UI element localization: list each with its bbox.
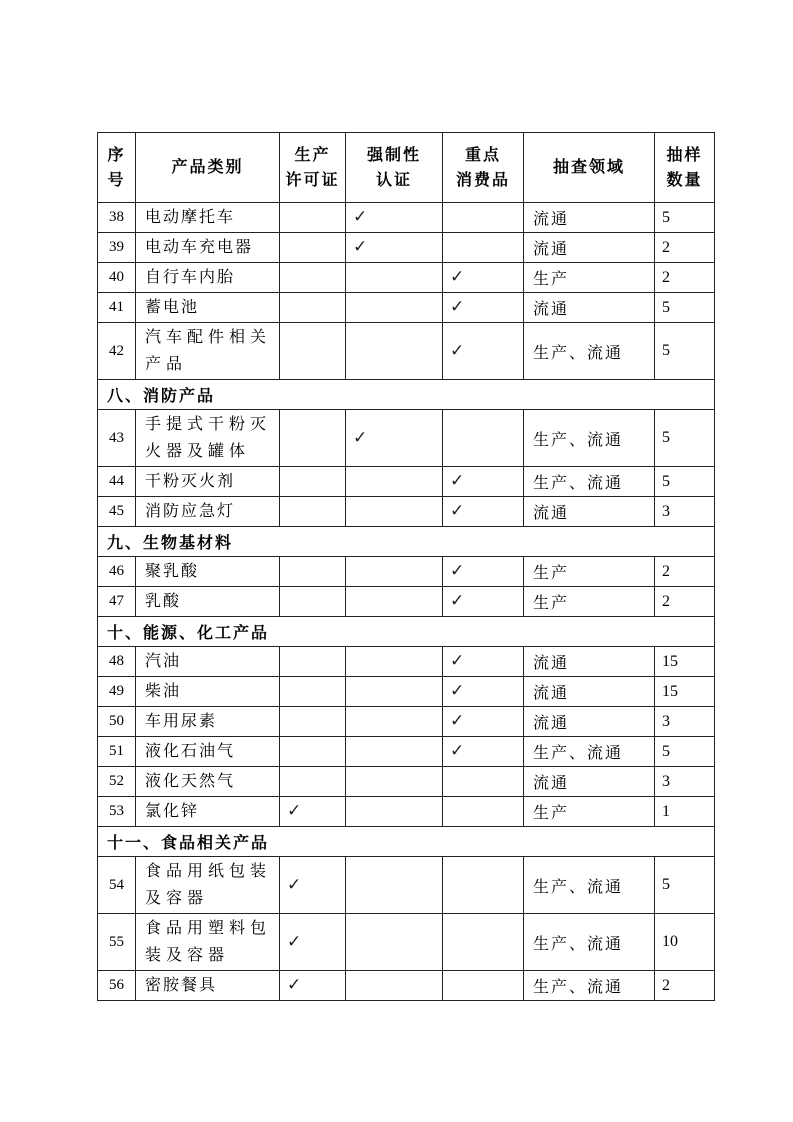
cell-license: ✓ [280,914,346,971]
inspection-table: 序 号 产品类别 生产 许可证 强制性 认证 重点 消费品 抽查领域 抽样 数量… [97,132,715,1001]
cell-index: 42 [98,323,136,380]
section-row: 十一、食品相关产品 [98,827,715,857]
cell-qty: 15 [655,677,715,707]
check-icon: ✓ [287,875,301,894]
cell-consumer [443,857,524,914]
cell-ccc [346,677,443,707]
table-row-44: 44干粉灭火剂✓生产、流通5 [98,467,715,497]
cell-product: 乳酸 [136,587,280,617]
check-icon: ✓ [450,561,464,580]
cell-consumer [443,233,524,263]
col-header-field: 抽查领域 [524,133,655,203]
cell-qty: 3 [655,707,715,737]
cell-license [280,707,346,737]
cell-license [280,677,346,707]
table-header: 序 号 产品类别 生产 许可证 强制性 认证 重点 消费品 抽查领域 抽样 数量 [98,133,715,203]
cell-field: 生产 [524,797,655,827]
table-row-49: 49柴油✓流通15 [98,677,715,707]
cell-field: 生产、流通 [524,467,655,497]
check-icon: ✓ [450,341,464,360]
cell-ccc [346,263,443,293]
check-icon: ✓ [450,741,464,760]
document-page: 序 号 产品类别 生产 许可证 强制性 认证 重点 消费品 抽查领域 抽样 数量… [0,0,793,1122]
cell-field: 流通 [524,647,655,677]
cell-product: 密胺餐具 [136,971,280,1001]
cell-qty: 3 [655,767,715,797]
cell-product: 汽车配件相关 产品 [136,323,280,380]
table-row-51: 51液化石油气✓生产、流通5 [98,737,715,767]
cell-field: 生产 [524,557,655,587]
section-title: 十一、食品相关产品 [98,827,715,857]
cell-license: ✓ [280,971,346,1001]
cell-consumer: ✓ [443,677,524,707]
cell-license: ✓ [280,857,346,914]
cell-qty: 5 [655,293,715,323]
cell-license: ✓ [280,797,346,827]
cell-product: 聚乳酸 [136,557,280,587]
cell-ccc [346,587,443,617]
cell-ccc [346,707,443,737]
cell-index: 48 [98,647,136,677]
cell-consumer: ✓ [443,293,524,323]
table-row-53: 53氯化锌✓生产1 [98,797,715,827]
cell-consumer [443,767,524,797]
cell-consumer [443,797,524,827]
cell-index: 50 [98,707,136,737]
cell-consumer: ✓ [443,707,524,737]
cell-consumer [443,971,524,1001]
cell-index: 40 [98,263,136,293]
table-row-42: 42汽车配件相关 产品✓生产、流通5 [98,323,715,380]
cell-field: 流通 [524,707,655,737]
table-row-56: 56密胺餐具✓生产、流通2 [98,971,715,1001]
cell-index: 38 [98,203,136,233]
cell-index: 56 [98,971,136,1001]
check-icon: ✓ [450,297,464,316]
col-header-qty: 抽样 数量 [655,133,715,203]
cell-qty: 2 [655,971,715,1001]
table-row-54: 54食品用纸包装 及容器✓生产、流通5 [98,857,715,914]
check-icon: ✓ [287,801,301,820]
cell-index: 55 [98,914,136,971]
cell-product: 液化石油气 [136,737,280,767]
cell-product: 车用尿素 [136,707,280,737]
cell-field: 生产、流通 [524,323,655,380]
cell-consumer [443,914,524,971]
cell-qty: 5 [655,203,715,233]
cell-ccc: ✓ [346,410,443,467]
cell-field: 生产、流通 [524,410,655,467]
cell-ccc [346,647,443,677]
cell-qty: 10 [655,914,715,971]
check-icon: ✓ [287,932,301,951]
cell-consumer: ✓ [443,467,524,497]
check-icon: ✓ [450,267,464,286]
cell-product: 食品用塑料包 装及容器 [136,914,280,971]
cell-ccc [346,767,443,797]
cell-consumer [443,410,524,467]
table-row-41: 41蓄电池✓流通5 [98,293,715,323]
cell-consumer: ✓ [443,323,524,380]
cell-index: 43 [98,410,136,467]
cell-qty: 1 [655,797,715,827]
cell-license [280,767,346,797]
table-row-48: 48汽油✓流通15 [98,647,715,677]
cell-license [280,587,346,617]
cell-license [280,293,346,323]
cell-field: 生产、流通 [524,914,655,971]
inspection-table-wrap: 序 号 产品类别 生产 许可证 强制性 认证 重点 消费品 抽查领域 抽样 数量… [97,132,715,1001]
cell-ccc [346,914,443,971]
cell-license [280,233,346,263]
cell-ccc: ✓ [346,203,443,233]
cell-product: 柴油 [136,677,280,707]
cell-index: 47 [98,587,136,617]
col-header-index: 序 号 [98,133,136,203]
cell-consumer: ✓ [443,557,524,587]
table-row-43: 43手提式干粉灭 火器及罐体✓生产、流通5 [98,410,715,467]
cell-license [280,557,346,587]
cell-index: 52 [98,767,136,797]
cell-ccc [346,497,443,527]
cell-field: 生产、流通 [524,971,655,1001]
cell-license [280,497,346,527]
check-icon: ✓ [353,428,367,447]
check-icon: ✓ [450,501,464,520]
cell-ccc [346,293,443,323]
col-header-license: 生产 许可证 [280,133,346,203]
cell-product: 自行车内胎 [136,263,280,293]
cell-qty: 15 [655,647,715,677]
table-row-47: 47乳酸✓生产2 [98,587,715,617]
cell-field: 流通 [524,767,655,797]
cell-index: 54 [98,857,136,914]
cell-ccc [346,857,443,914]
cell-field: 流通 [524,233,655,263]
cell-ccc [346,797,443,827]
cell-ccc [346,971,443,1001]
cell-qty: 5 [655,410,715,467]
col-header-product: 产品类别 [136,133,280,203]
check-icon: ✓ [450,471,464,490]
cell-field: 生产、流通 [524,737,655,767]
cell-license [280,410,346,467]
cell-field: 生产 [524,587,655,617]
table-row-40: 40自行车内胎✓生产2 [98,263,715,293]
cell-field: 流通 [524,677,655,707]
cell-ccc [346,557,443,587]
cell-field: 生产 [524,263,655,293]
table-row-52: 52液化天然气流通3 [98,767,715,797]
cell-license [280,323,346,380]
cell-index: 51 [98,737,136,767]
cell-qty: 5 [655,323,715,380]
cell-index: 45 [98,497,136,527]
section-row: 八、消防产品 [98,380,715,410]
cell-qty: 5 [655,857,715,914]
check-icon: ✓ [450,591,464,610]
cell-index: 53 [98,797,136,827]
table-row-39: 39电动车充电器✓流通2 [98,233,715,263]
check-icon: ✓ [450,711,464,730]
cell-ccc: ✓ [346,233,443,263]
table-row-55: 55食品用塑料包 装及容器✓生产、流通10 [98,914,715,971]
cell-index: 46 [98,557,136,587]
col-header-ccc: 强制性 认证 [346,133,443,203]
check-icon: ✓ [353,237,367,256]
cell-consumer: ✓ [443,263,524,293]
table-row-38: 38电动摩托车✓流通5 [98,203,715,233]
cell-field: 生产、流通 [524,857,655,914]
section-row: 九、生物基材料 [98,527,715,557]
check-icon: ✓ [353,207,367,226]
section-row: 十、能源、化工产品 [98,617,715,647]
cell-license [280,263,346,293]
cell-field: 流通 [524,203,655,233]
cell-index: 39 [98,233,136,263]
cell-field: 流通 [524,497,655,527]
cell-license [280,467,346,497]
cell-consumer [443,203,524,233]
table-row-45: 45消防应急灯✓流通3 [98,497,715,527]
cell-product: 食品用纸包装 及容器 [136,857,280,914]
check-icon: ✓ [450,681,464,700]
table-body: 38电动摩托车✓流通539电动车充电器✓流通240自行车内胎✓生产241蓄电池✓… [98,203,715,1001]
cell-product: 干粉灭火剂 [136,467,280,497]
cell-product: 手提式干粉灭 火器及罐体 [136,410,280,467]
cell-ccc [346,323,443,380]
cell-qty: 2 [655,263,715,293]
table-row-50: 50车用尿素✓流通3 [98,707,715,737]
cell-license [280,647,346,677]
cell-qty: 5 [655,467,715,497]
cell-product: 汽油 [136,647,280,677]
cell-qty: 2 [655,557,715,587]
cell-qty: 5 [655,737,715,767]
cell-product: 蓄电池 [136,293,280,323]
col-header-consumer: 重点 消费品 [443,133,524,203]
cell-license [280,737,346,767]
cell-license [280,203,346,233]
cell-product: 电动车充电器 [136,233,280,263]
cell-ccc [346,467,443,497]
cell-product: 消防应急灯 [136,497,280,527]
cell-consumer: ✓ [443,647,524,677]
cell-index: 41 [98,293,136,323]
cell-field: 流通 [524,293,655,323]
section-title: 十、能源、化工产品 [98,617,715,647]
check-icon: ✓ [287,975,301,994]
cell-index: 49 [98,677,136,707]
cell-qty: 2 [655,587,715,617]
header-row: 序 号 产品类别 生产 许可证 强制性 认证 重点 消费品 抽查领域 抽样 数量 [98,133,715,203]
check-icon: ✓ [450,651,464,670]
cell-consumer: ✓ [443,497,524,527]
cell-consumer: ✓ [443,587,524,617]
cell-qty: 3 [655,497,715,527]
cell-ccc [346,737,443,767]
cell-product: 氯化锌 [136,797,280,827]
cell-product: 电动摩托车 [136,203,280,233]
table-row-46: 46聚乳酸✓生产2 [98,557,715,587]
cell-consumer: ✓ [443,737,524,767]
section-title: 八、消防产品 [98,380,715,410]
section-title: 九、生物基材料 [98,527,715,557]
cell-index: 44 [98,467,136,497]
cell-product: 液化天然气 [136,767,280,797]
cell-qty: 2 [655,233,715,263]
